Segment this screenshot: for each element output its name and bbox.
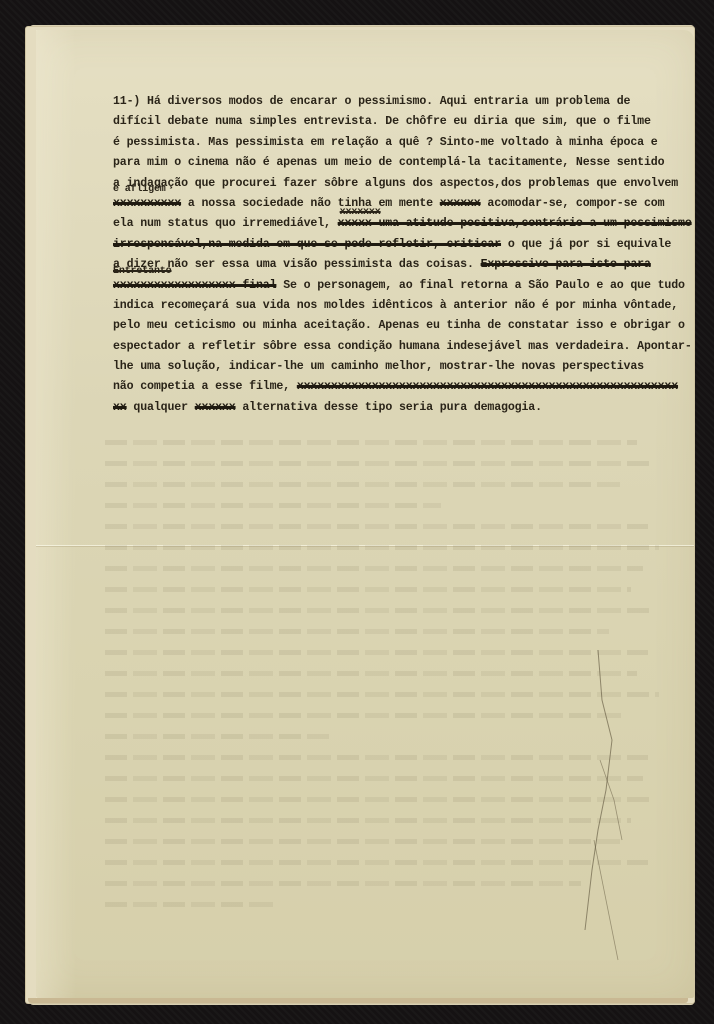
interlinear-insertion: xxxxxxx xyxy=(340,208,381,218)
text-line: xx qualquer xxxxxx alternativa desse tip… xyxy=(113,398,703,418)
struck-text: xxxxxx xyxy=(195,401,236,414)
text-line: e afligem xxxxxxxxxx a nossa sociedade n… xyxy=(113,194,703,214)
struck-text: irrespensável,na medida em que se pode r… xyxy=(113,238,501,251)
page-bottom-edge xyxy=(28,998,688,1003)
page-shading xyxy=(36,30,76,998)
interlinear-insertion: Entretanto xyxy=(113,267,172,277)
text-line: a dizer não ser essa uma visão pessimist… xyxy=(113,255,703,275)
struck-text: xxxxx uma atitude positiva,contrário a u… xyxy=(338,217,692,230)
text-line: pelo meu ceticismo ou minha aceitação. A… xyxy=(113,316,703,336)
text-line: é pessimista. Mas pessimista em relação … xyxy=(113,133,703,153)
text-line: para mim o cinema não é apenas um meio d… xyxy=(113,153,703,173)
text-line: não competia a esse filme, xxxxxxxxxxxxx… xyxy=(113,377,703,397)
struck-text: xxxxxx xyxy=(440,197,481,210)
text-line: difícil debate numa simples entrevista. … xyxy=(113,112,703,132)
text-line: irrespensável,na medida em que se pode r… xyxy=(113,235,703,255)
struck-text: xxxxxxxxxxxxxxxxxxxxxxxxxxxxxxxxxxxxxxxx… xyxy=(297,380,678,393)
struck-text: xxxxxxxxxx xyxy=(113,197,181,210)
struck-text: xxxxxxxxxxxxxxxxxx final xyxy=(113,279,276,292)
struck-text: Expressivo para isto para xyxy=(481,258,651,271)
text-line: a indagação que procurei fazer sôbre alg… xyxy=(113,174,703,194)
text-line: lhe uma solução, indicar-lhe um caminho … xyxy=(113,357,703,377)
text-line: espectador a refletir sôbre essa condiçã… xyxy=(113,337,703,357)
text-line: 11-) Há diversos modos de encarar o pess… xyxy=(113,92,703,112)
interlinear-insertion: e afligem xyxy=(113,185,166,195)
reverse-side-show-through xyxy=(105,440,665,923)
typed-text-block: 11-) Há diversos modos de encarar o pess… xyxy=(113,92,703,418)
struck-text: xx xyxy=(113,401,127,414)
text-line: indica recomeçará sua vida nos moldes id… xyxy=(113,296,703,316)
text-line: ela num status quo irremediável, xxxxxxx… xyxy=(113,214,703,234)
text-line: Entretanto xxxxxxxxxxxxxxxxxx final Se o… xyxy=(113,276,703,296)
